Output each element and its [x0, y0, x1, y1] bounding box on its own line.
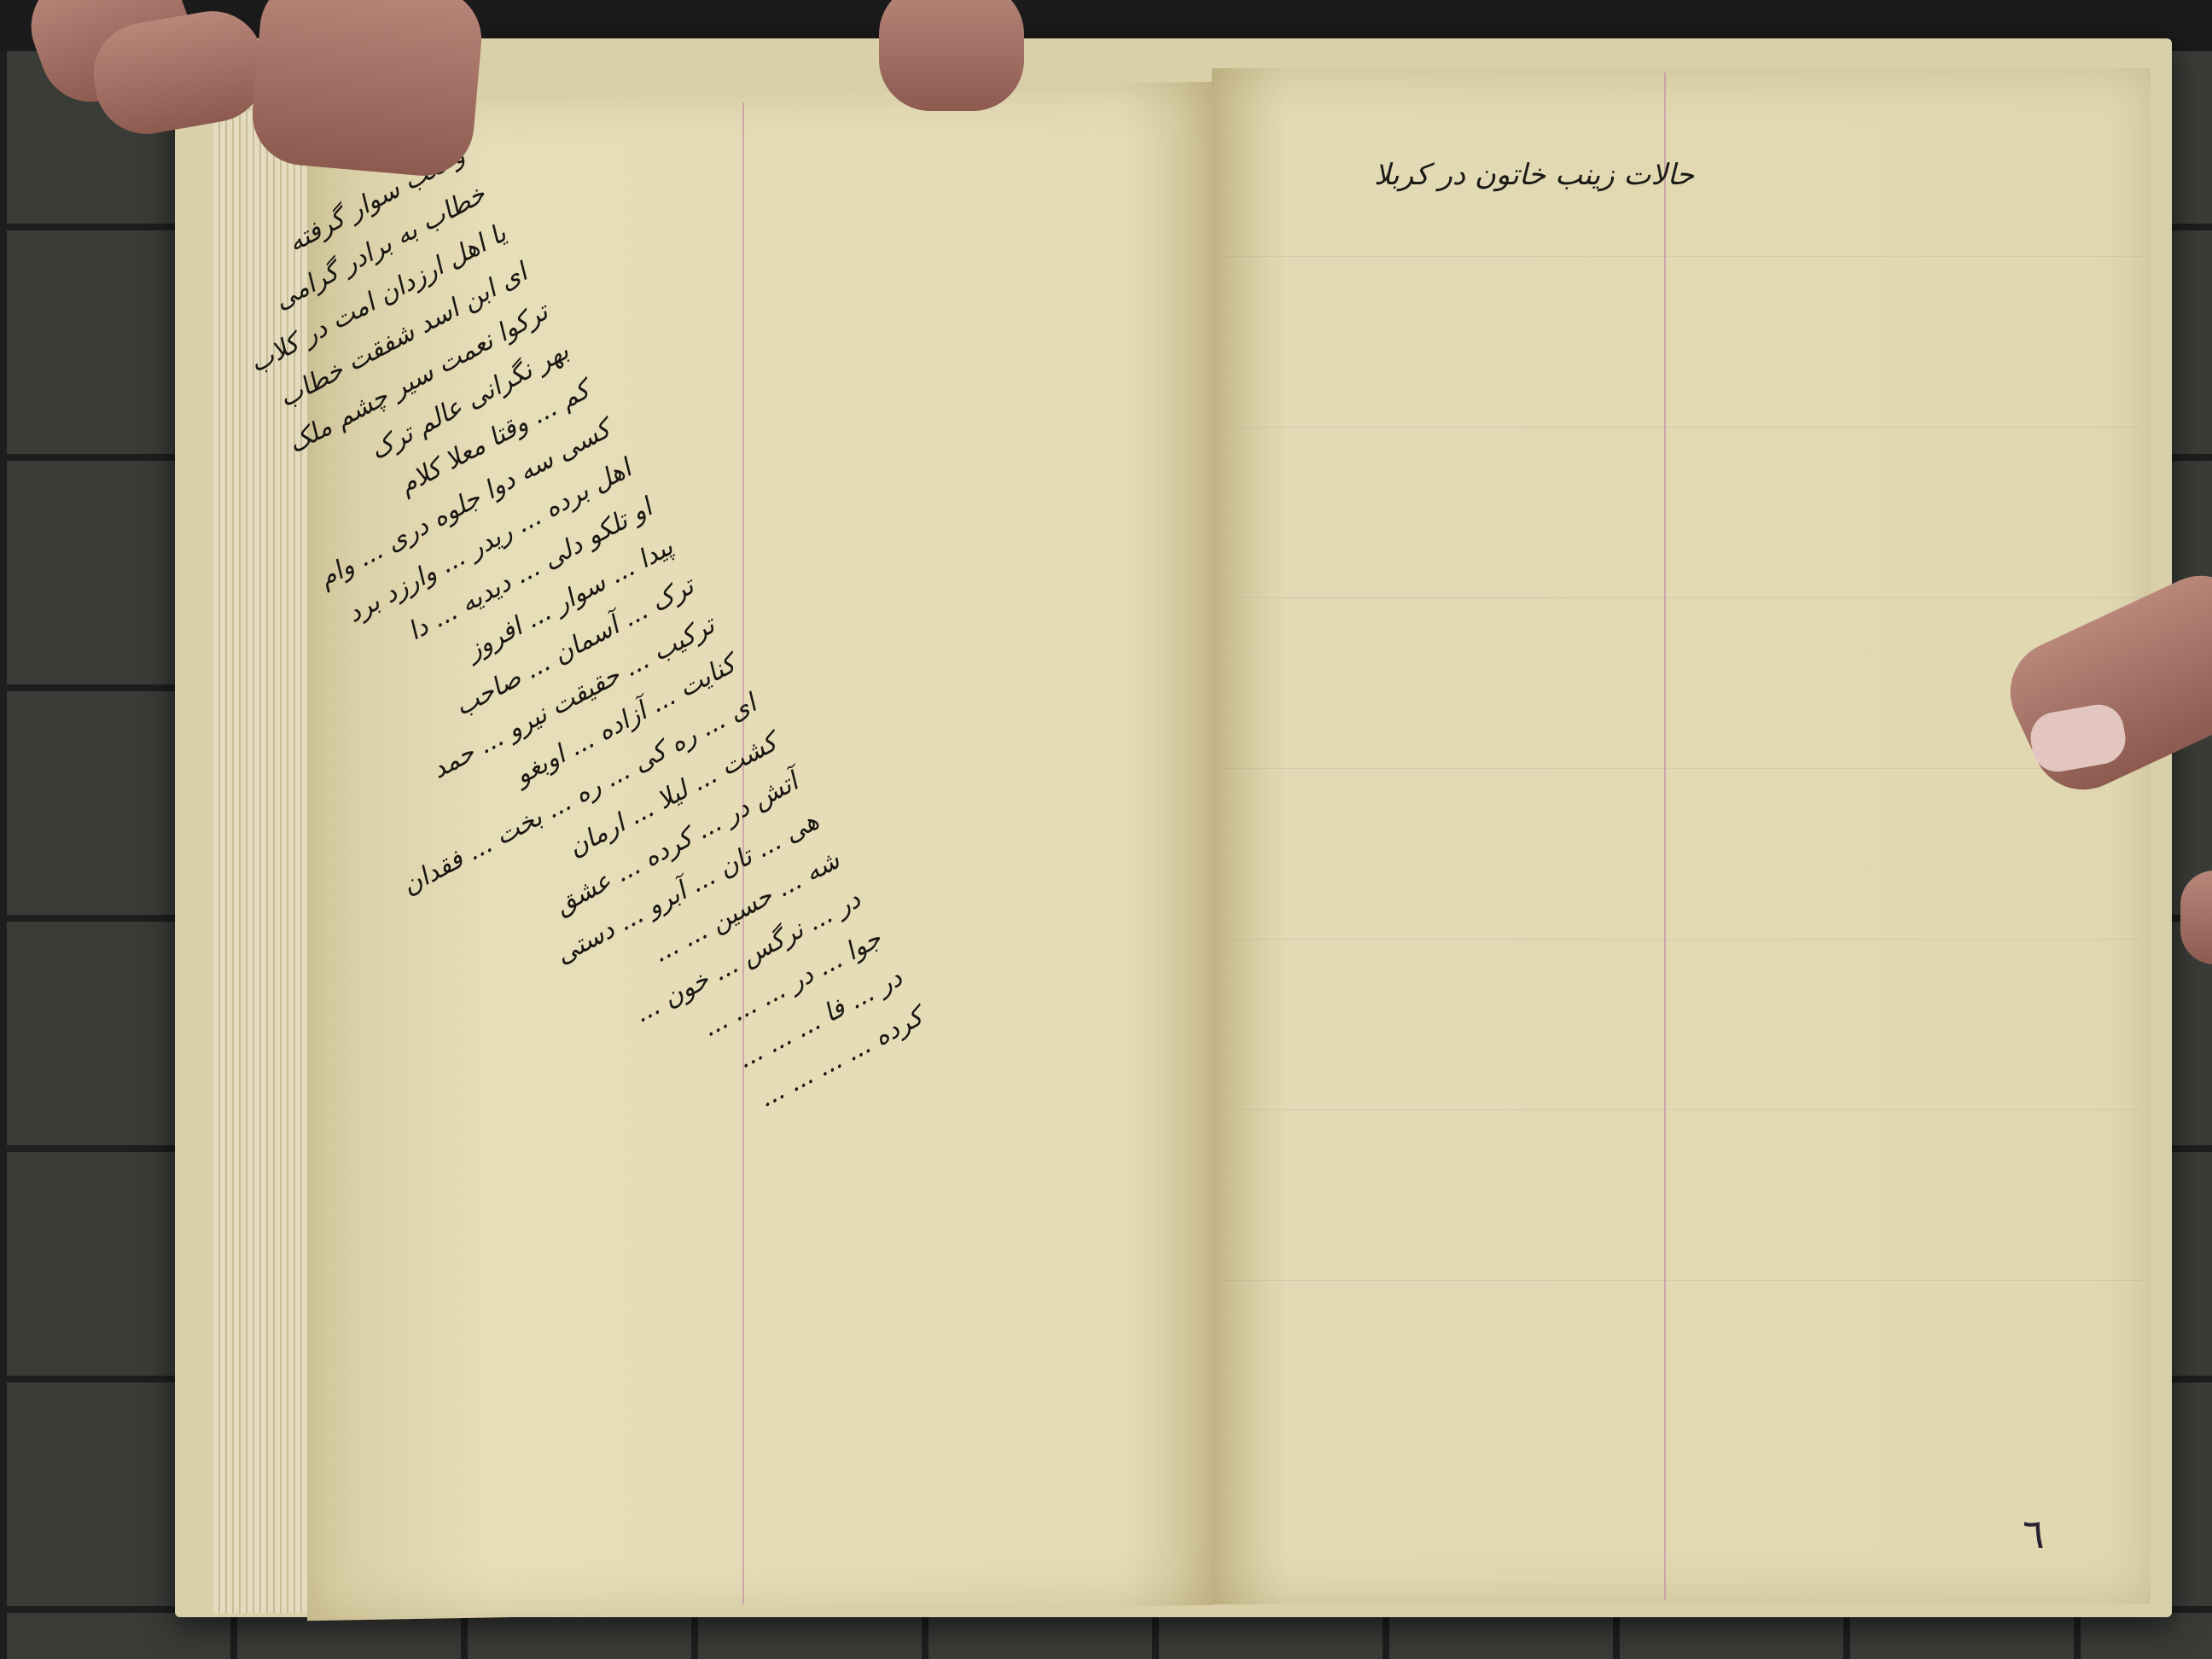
right-page — [1212, 68, 2151, 1604]
ruled-line — [1220, 597, 2142, 598]
right-page-heading: حالات زینب خاتون در کربلا — [1374, 158, 1694, 192]
top-hand-finger — [879, 0, 1024, 111]
ruled-line — [1220, 427, 2142, 428]
ruled-line — [1220, 768, 2142, 769]
ruled-line — [1220, 939, 2142, 940]
ruled-line — [1220, 1280, 2142, 1281]
ruled-line — [1220, 1109, 2142, 1110]
ruled-line — [1220, 256, 2142, 257]
page-number: ٦ — [2023, 1511, 2045, 1558]
right-page-margin-line — [1664, 73, 1666, 1600]
left-hand-finger — [248, 0, 486, 180]
